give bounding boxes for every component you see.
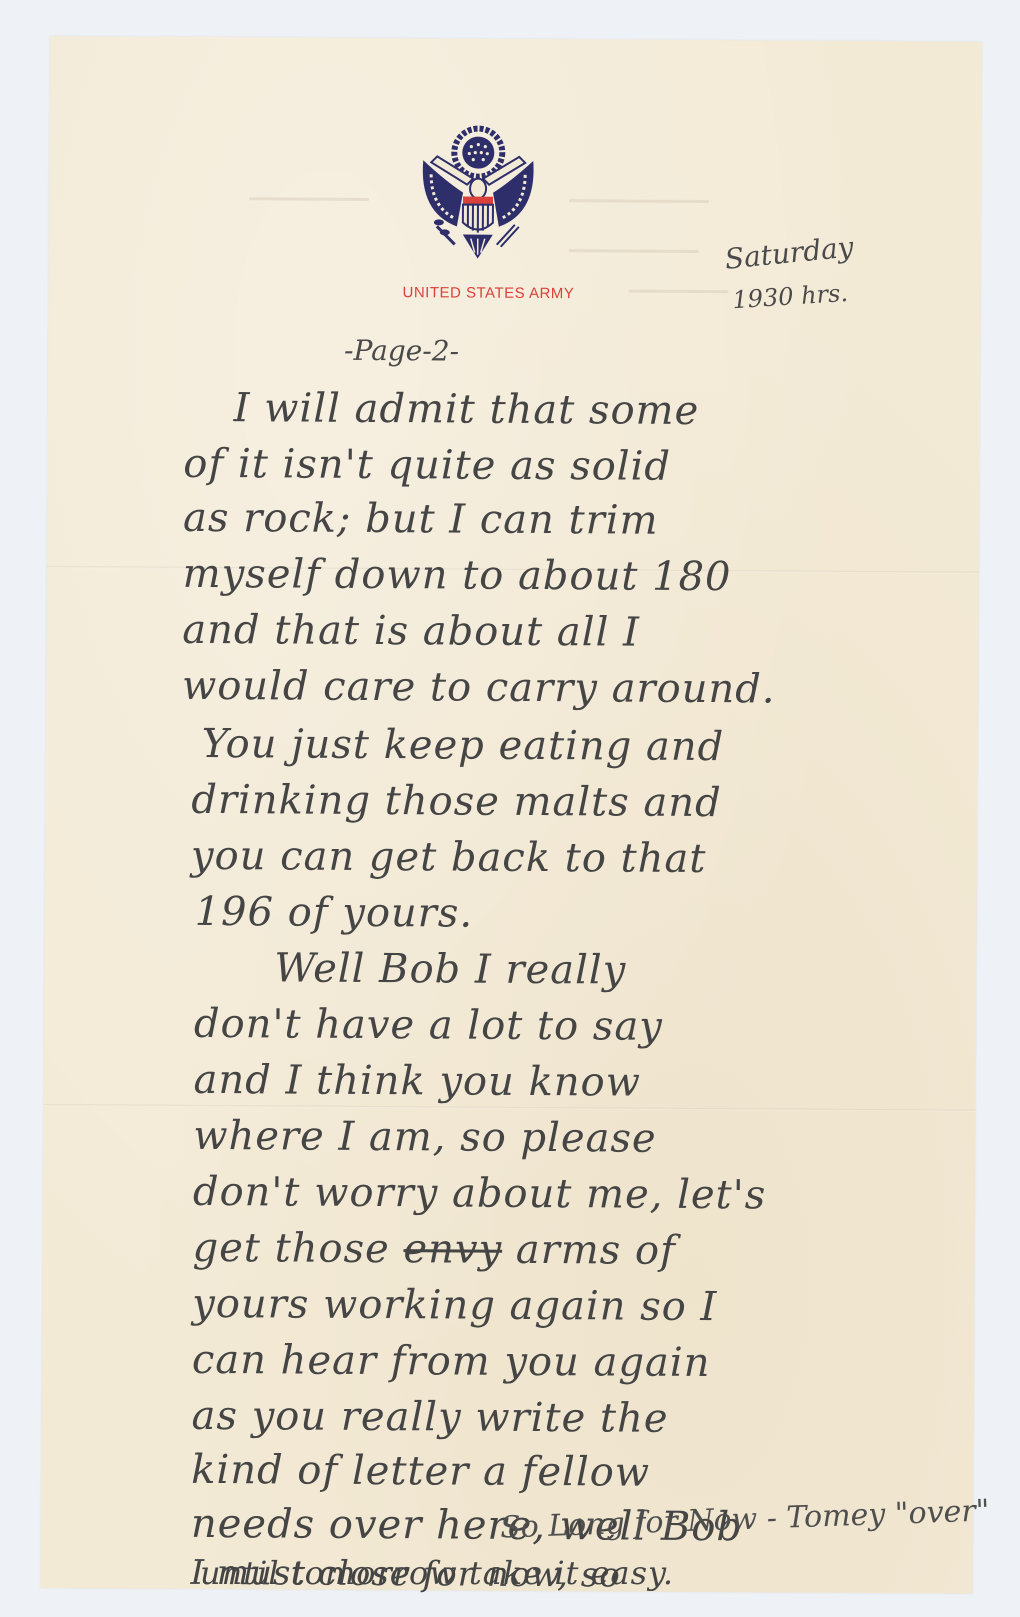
letter-line: don't worry about me, let's bbox=[193, 1169, 767, 1219]
letter-line: myself down to about 180 bbox=[183, 551, 732, 600]
letter-line: can hear from you again bbox=[192, 1337, 711, 1386]
letter-text: arms of bbox=[516, 1227, 676, 1274]
letter-line: You just keep eating and bbox=[202, 721, 725, 770]
letter-line: you can get back to that bbox=[191, 833, 707, 882]
letter-line: Well Bob I really bbox=[274, 945, 626, 993]
letter-line: and that is about all I bbox=[182, 607, 640, 656]
eagle-seal-icon bbox=[417, 122, 540, 265]
letter-line: drinking those malts and bbox=[191, 777, 722, 826]
show-through-mark bbox=[249, 197, 369, 201]
letter-line: don't have a lot to say bbox=[194, 1001, 663, 1050]
letter-line: and I think you know bbox=[193, 1057, 641, 1106]
letter-line: kind of letter a fellow bbox=[191, 1447, 650, 1496]
letter-line: would care to carry around. bbox=[182, 663, 776, 713]
date-day: Saturday bbox=[723, 230, 855, 276]
fold-line bbox=[43, 1104, 975, 1112]
letterhead-organization: UNITED STATES ARMY bbox=[378, 284, 598, 302]
letter-line: as you really write the bbox=[191, 1393, 668, 1442]
struck-word: envy bbox=[403, 1226, 502, 1273]
letter-text: get those bbox=[192, 1225, 389, 1272]
letter-line: yours working again so I bbox=[192, 1281, 717, 1330]
letter-line: 196 of yours. bbox=[195, 889, 474, 937]
show-through-mark bbox=[569, 249, 699, 253]
date-time: 1930 hrs. bbox=[732, 279, 849, 314]
letter-line: until tomorrow take it easy. bbox=[200, 1554, 674, 1592]
show-through-mark bbox=[628, 290, 728, 294]
page-label: -Page-2- bbox=[344, 334, 459, 368]
letter-line: as rock; but I can trim bbox=[183, 495, 659, 544]
letter-line: where I am, so please bbox=[193, 1113, 657, 1162]
letter-line: get those envy arms of bbox=[192, 1225, 676, 1274]
letter-paper: UNITED STATES ARMY Saturday 1930 hrs. -P… bbox=[41, 36, 982, 1594]
show-through-mark bbox=[569, 199, 709, 203]
letter-line: I will admit that some bbox=[234, 385, 700, 434]
letter-line: of it isn't quite as solid bbox=[183, 441, 671, 490]
